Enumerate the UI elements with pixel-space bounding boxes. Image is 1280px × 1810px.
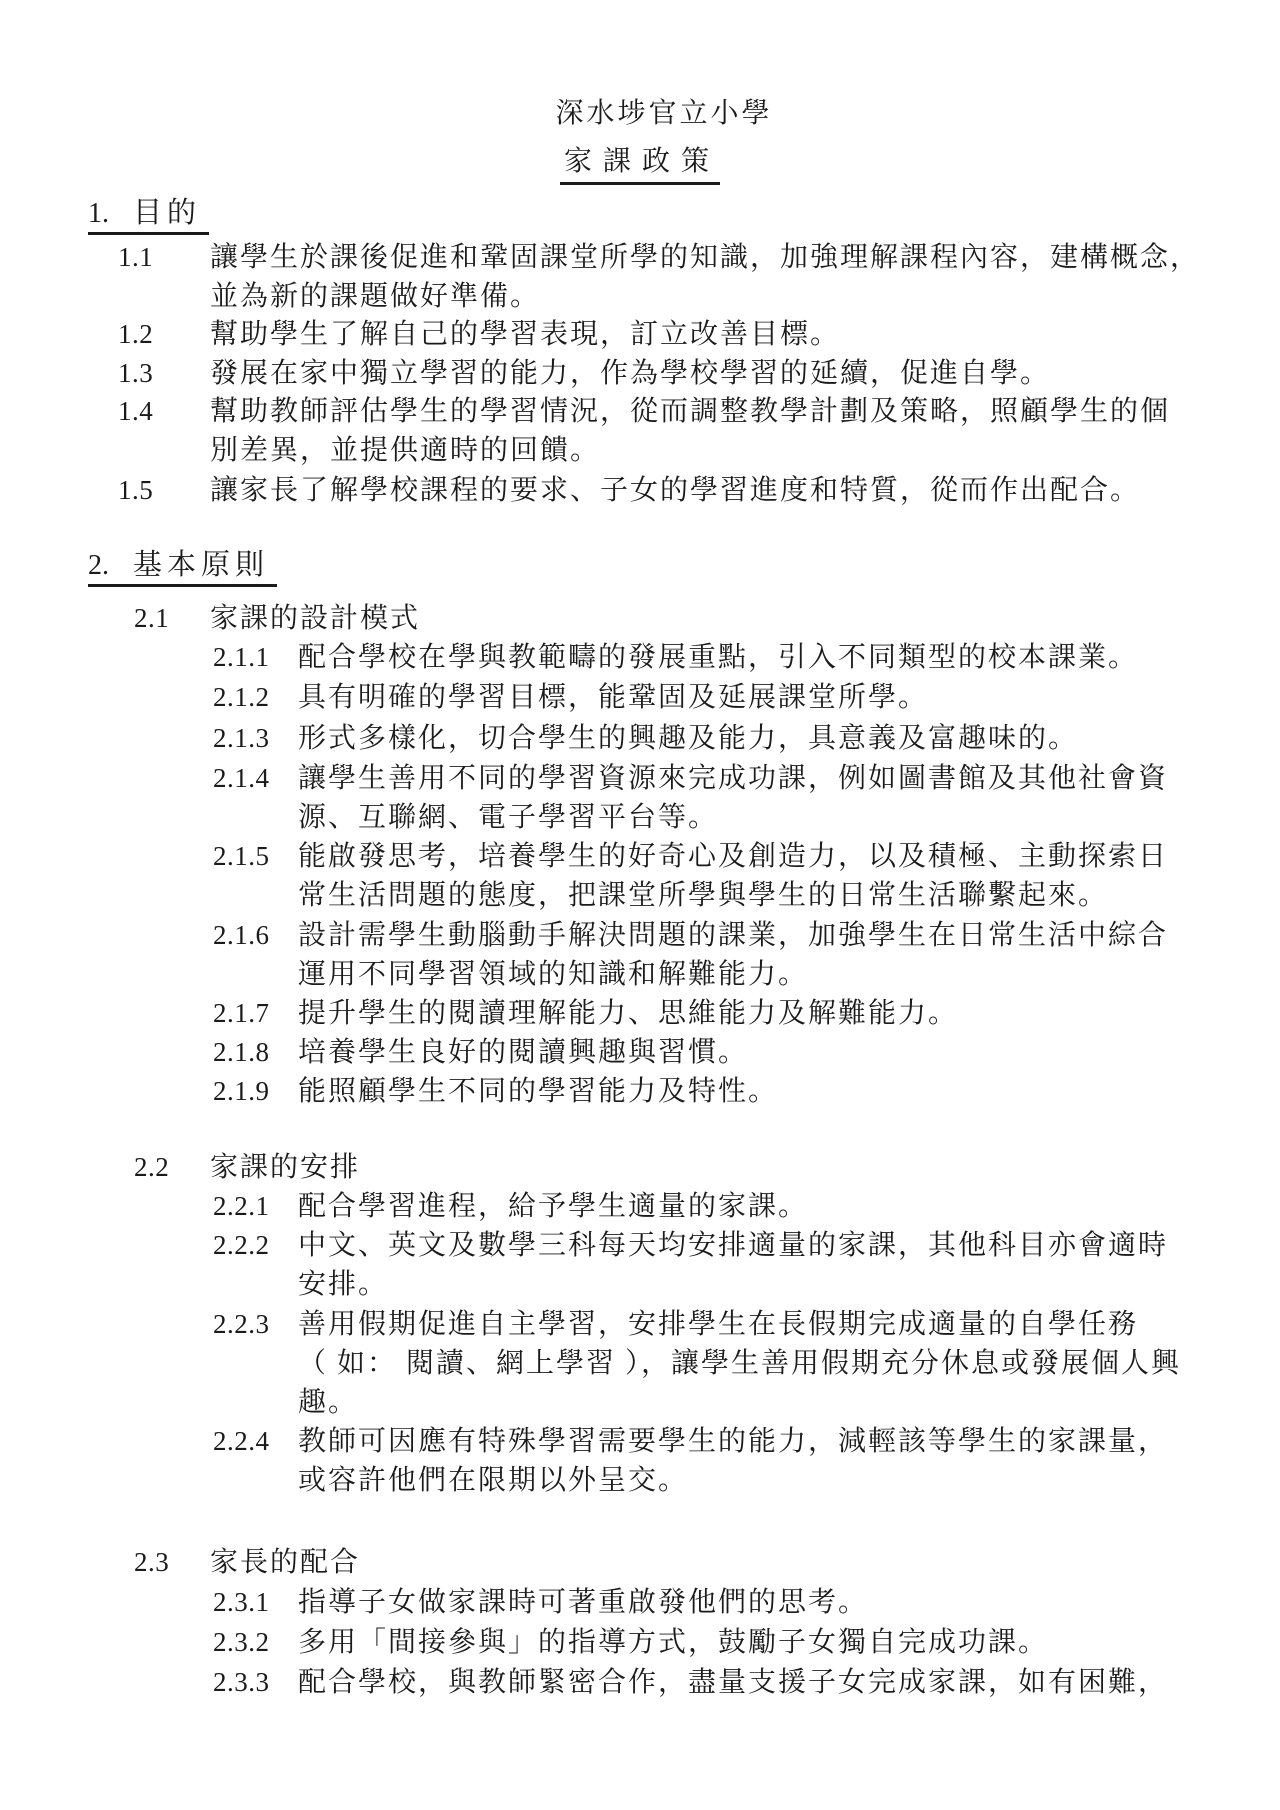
item-number: 2.1.3 <box>213 719 270 758</box>
section-title: 基本原則 <box>133 549 269 581</box>
item-text: 配合學校在學與教範疇的發展重點，引入不同類型的校本課業。 <box>298 638 1226 677</box>
doc-title-text: 深水埗官立小學 <box>555 98 772 129</box>
item-number: 2.1.5 <box>213 837 270 876</box>
item-number: 2.2.2 <box>213 1226 270 1265</box>
item-text: 多用「間接參與」的指導方式，鼓勵子女獨自完成功課。 <box>298 1623 1226 1662</box>
item-number: 2.2.3 <box>213 1305 270 1344</box>
item-number: 2.1.8 <box>213 1033 270 1072</box>
item-text: 中文、英文及數學三科每天均安排適量的家課，其他科目亦會適時 安排。 <box>298 1226 1226 1304</box>
doc-title: 深水埗官立小學 <box>0 92 1280 136</box>
item-number: 2.1.1 <box>213 638 270 677</box>
item-text: 能啟發思考，培養學生的好奇心及創造力，以及積極、主動探索日 常生活問題的態度，把… <box>298 837 1226 915</box>
subsection-title: 家課的設計模式 <box>210 599 1222 638</box>
item-text: 善用假期促進自主學習，安排學生在長假期完成適量的自學任務 （ 如： 閱讀、網上學… <box>298 1305 1226 1422</box>
subsection-title: 家長的配合 <box>210 1543 1222 1582</box>
item-number: 2.2.1 <box>213 1187 270 1226</box>
item-text: 讓學生善用不同的學習資源來完成功課，例如圖書館及其他社會資 源、互聯網、電子學習… <box>298 759 1226 837</box>
item-number: 2.1.2 <box>213 678 270 717</box>
subsection-number: 2.3 <box>134 1543 169 1582</box>
item-text: 發展在家中獨立學習的能力，作為學校學習的延續，促進自學。 <box>210 354 1222 393</box>
item-number: 1.1 <box>118 238 153 277</box>
doc-subtitle-text: 家課政策 <box>560 142 720 185</box>
item-text: 讓家長了解學校課程的要求、子女的學習進度和特質，從而作出配合。 <box>210 471 1222 510</box>
item-text: 幫助學生了解自己的學習表現，訂立改善目標。 <box>210 315 1222 354</box>
item-text: 配合學習進程，給予學生適量的家課。 <box>298 1187 1226 1226</box>
item-number: 1.5 <box>118 471 153 510</box>
item-number: 1.2 <box>118 315 153 354</box>
item-number: 1.3 <box>118 354 153 393</box>
item-text: 能照顧學生不同的學習能力及特性。 <box>298 1072 1226 1111</box>
item-text: 培養學生良好的閱讀興趣與習慣。 <box>298 1033 1226 1072</box>
doc-subtitle: 家課政策 <box>0 142 1280 185</box>
item-text: 具有明確的學習目標，能鞏固及延展課堂所學。 <box>298 678 1226 717</box>
item-number: 2.1.6 <box>213 916 270 955</box>
item-text: 提升學生的閱讀理解能力、思維能力及解難能力。 <box>298 994 1226 1033</box>
section-1-heading: 1.目的 <box>88 197 209 235</box>
section-number: 2. <box>88 549 133 582</box>
item-number: 2.2.4 <box>213 1422 270 1461</box>
item-text: 幫助教師評估學生的學習情況，從而調整教學計劃及策略，照顧學生的個 別差異，並提供… <box>210 392 1222 470</box>
subsection-number: 2.2 <box>134 1148 169 1187</box>
item-number: 2.1.7 <box>213 994 270 1033</box>
document-page: 深水埗官立小學 家課政策 1.目的 1.1 讓學生於課後促進和鞏固課堂所學的知識… <box>0 0 1280 1810</box>
item-number: 1.4 <box>118 392 153 431</box>
section-number: 1. <box>88 197 133 230</box>
item-text: 設計需學生動腦動手解決問題的課業，加強學生在日常生活中綜合 運用不同學習領域的知… <box>298 916 1226 994</box>
item-number: 2.3.3 <box>213 1663 270 1702</box>
item-text: 指導子女做家課時可著重啟發他們的思考。 <box>298 1583 1226 1622</box>
section-title: 目的 <box>133 197 201 229</box>
item-text: 讓學生於課後促進和鞏固課堂所學的知識，加強理解課程內容，建構概念， 並為新的課題… <box>210 238 1222 316</box>
item-text: 形式多樣化，切合學生的興趣及能力，具意義及富趣味的。 <box>298 719 1226 758</box>
subsection-title: 家課的安排 <box>210 1148 1222 1187</box>
item-text: 配合學校，與教師緊密合作，盡量支援子女完成家課，如有困難， <box>298 1663 1226 1702</box>
subsection-number: 2.1 <box>134 599 169 638</box>
item-number: 2.1.4 <box>213 759 270 798</box>
item-number: 2.1.9 <box>213 1072 270 1111</box>
item-number: 2.3.2 <box>213 1623 270 1662</box>
item-text: 教師可因應有特殊學習需要學生的能力，減輕該等學生的家課量， 或容許他們在限期以外… <box>298 1422 1226 1500</box>
item-number: 2.3.1 <box>213 1583 270 1622</box>
section-2-heading: 2.基本原則 <box>88 549 277 587</box>
